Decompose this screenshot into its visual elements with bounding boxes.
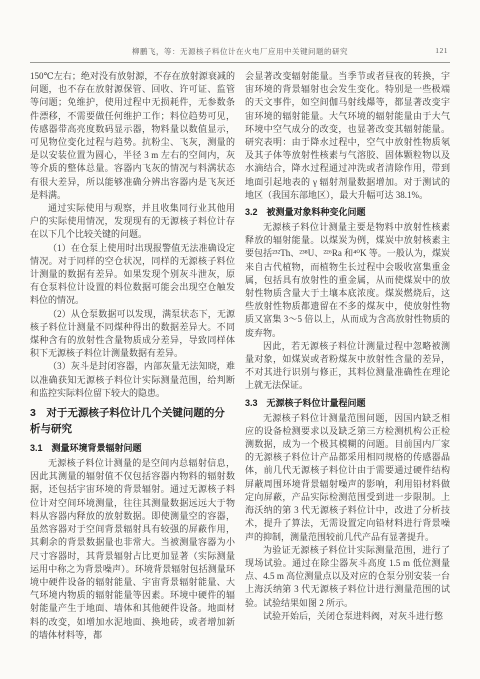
two-column-body: 150℃左右；绝对没有放射源，不存在放射源衰减的问题，也不存在放射源保管、回收、… <box>30 70 450 642</box>
paper-page: 柳鹏飞，等：无源核子料位计在火电厂应用中关键问题的研究 121 150℃左右；绝… <box>0 0 480 679</box>
paragraph: 无源核子料位计测量的是空间内总辐射信息，因此其测量的辐射值不仅包括容器内物料的辐… <box>30 457 235 642</box>
paragraph: 通过实际使用与观察，并且收集同行业其他用户的实际使用情况，发现现有的无源核子料位… <box>30 202 235 242</box>
page-header: 柳鹏飞，等：无源核子料位计在火电厂应用中关键问题的研究 121 <box>30 46 450 58</box>
paragraph: 试验开始后，关闭仓泵进料阀，对灰斗进行憋 <box>245 610 450 623</box>
section-heading: 3 对于无源核子料位计几个关键问题的分析与研究 <box>30 405 235 437</box>
page-number: 121 <box>435 46 448 55</box>
paragraph: 因此，若无源核子料位计测量过程中忽略被测量对象，如煤炭或者粉煤灰中放射性含量的差… <box>245 340 450 393</box>
paragraph: （2）从仓泵数据可以发现，满泵状态下，无源核子料位计测量不同煤种得出的数据差异大… <box>30 308 235 361</box>
paragraph: 无源核子料位计测量主要是物料中放射性核素释放的辐射能量。以煤炭为例，煤炭中放射核… <box>245 221 450 340</box>
paragraph: （3）灰斗是封闭容器，内部灰量无法知晓，难以准确获知无源核子料位计实际测量范围，… <box>30 360 235 400</box>
header-rule <box>30 62 450 63</box>
paragraph: 为验证无源核子料位计实际测量范围，进行了现场试验。通过在除尘器灰斗高度 1.5 … <box>245 544 450 610</box>
subsection-heading: 3.2 被测量对象料种变化问题 <box>245 205 450 219</box>
paragraph: 无源核子料位计测量范围问题，因国内缺乏相应的设备检测要求以及缺乏第三方检测机构公… <box>245 412 450 544</box>
left-column: 150℃左右；绝对没有放射源，不存在放射源衰减的问题，也不存在放射源保管、回收、… <box>30 70 235 642</box>
subsection-heading: 3.3 无源核子料位计量程问题 <box>245 396 450 410</box>
paragraph: 会显著改变辐射能量。当季节或者昼夜的转换，宇宙环境的背景辐射也会发生变化。特别是… <box>245 70 450 202</box>
paragraph: 150℃左右；绝对没有放射源，不存在放射源衰减的问题，也不存在放射源保管、回收、… <box>30 70 235 202</box>
paragraph: （1）在仓泵上使用时出现报警值无法准确设定情况。对于同样的空仓状况，同样的无源核… <box>30 242 235 308</box>
running-title: 柳鹏飞，等：无源核子料位计在火电厂应用中关键问题的研究 <box>132 47 348 56</box>
right-column: 会显著改变辐射能量。当季节或者昼夜的转换，宇宙环境的背景辐射也会发生变化。特别是… <box>245 70 450 642</box>
subsection-heading: 3.1 测量环境背景辐射问题 <box>30 441 235 455</box>
